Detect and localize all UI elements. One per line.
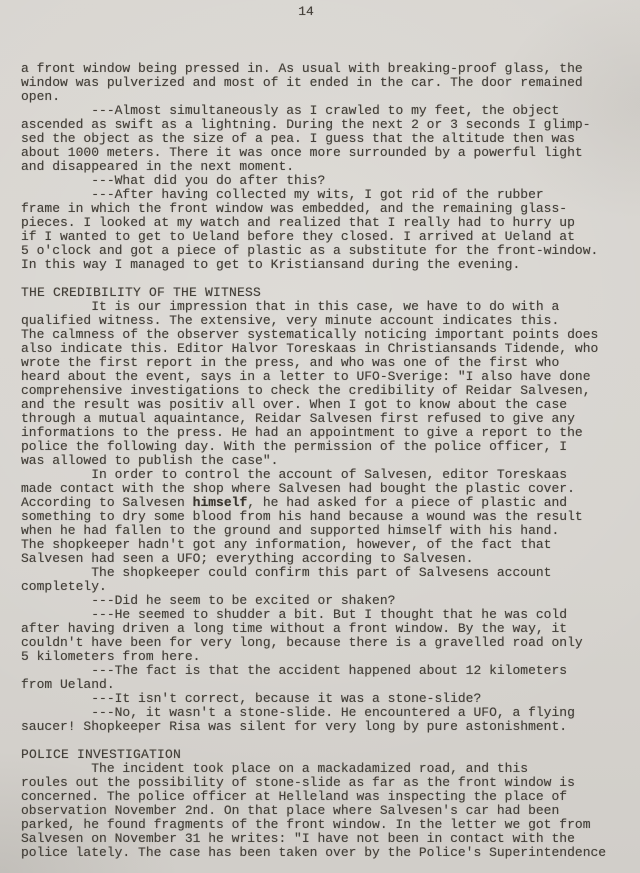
text-line: The shopkeeper could confirm this part o… xyxy=(21,566,633,580)
section-heading: POLICE INVESTIGATION xyxy=(21,748,633,762)
text-line: and the result was positiv all over. Whe… xyxy=(21,398,633,412)
text-line: ---No, it wasn't a stone-slide. He encou… xyxy=(21,706,633,720)
text-line: heard about the event, says in a letter … xyxy=(21,370,633,384)
text-line: It is our impression that in this case, … xyxy=(21,300,633,314)
text-line: pieces. I looked at my watch and realize… xyxy=(21,216,633,230)
text-line: wrote the first report in the press, and… xyxy=(21,356,633,370)
text-line: comprehensive investigations to check th… xyxy=(21,384,633,398)
text-line: sed the object as the size of a pea. I g… xyxy=(21,132,633,146)
text-line: completely. xyxy=(21,580,633,594)
text-line: ---Almost simultaneously as I crawled to… xyxy=(21,104,633,118)
text-line: ---It isn't correct, because it was a st… xyxy=(21,692,633,706)
text-line: and disappeared in the next moment. xyxy=(21,160,633,174)
text-line: was allowed to publish the case". xyxy=(21,454,633,468)
text-line: when he had fallen to the ground and sup… xyxy=(21,524,633,538)
text-line: 5 kilometers from here. xyxy=(21,650,633,664)
text-line: also indicate this. Editor Halvor Toresk… xyxy=(21,342,633,356)
text-line: couldn't have been for very long, becaus… xyxy=(21,636,633,650)
text-line: open. xyxy=(21,90,633,104)
text-line: Salvesen on November 31 he writes: "I ha… xyxy=(21,832,633,846)
text-line: 5 o'clock and got a piece of plastic as … xyxy=(21,244,633,258)
section-heading: THE CREDIBILITY OF THE WITNESS xyxy=(21,286,633,300)
text-line: The incident took place on a mackadamize… xyxy=(21,762,633,776)
text-line: According to Salvesen himself, he had as… xyxy=(21,496,633,510)
text-line: observation November 2nd. On that place … xyxy=(21,804,633,818)
text-line: The shopkeeper hadn't got any informatio… xyxy=(21,538,633,552)
text-line: concerned. The police officer at Hellela… xyxy=(21,790,633,804)
text-line: from Ueland. xyxy=(21,678,633,692)
text-line: if I wanted to get to Ueland before they… xyxy=(21,230,633,244)
text-line: ---What did you do after this? xyxy=(21,174,633,188)
text-line: ---After having collected my wits, I got… xyxy=(21,188,633,202)
text-line: ascended as swift as a lightning. During… xyxy=(21,118,633,132)
text-line: informations to the press. He had an app… xyxy=(21,426,633,440)
text-line: Salvesen had seen a UFO; everything acco… xyxy=(21,552,633,566)
text-line: police the following day. With the permi… xyxy=(21,440,633,454)
text-line: made contact with the shop where Salvese… xyxy=(21,482,633,496)
text-line: In this way I managed to get to Kristian… xyxy=(21,258,633,272)
text-line: police lately. The case has been taken o… xyxy=(21,846,633,860)
document-body: a front window being pressed in. As usua… xyxy=(21,62,633,860)
text-line: about 1000 meters. There it was once mor… xyxy=(21,146,633,160)
text-line: ---Did he seem to be excited or shaken? xyxy=(21,594,633,608)
text-line: ---The fact is that the accident happene… xyxy=(21,664,633,678)
text-line: saucer! Shopkeeper Risa was silent for v… xyxy=(21,720,633,734)
text-line xyxy=(21,734,633,748)
text-line: something to dry some blood from his han… xyxy=(21,510,633,524)
text-line: qualified witness. The extensive, very m… xyxy=(21,314,633,328)
document-page: 14 a front window being pressed in. As u… xyxy=(0,0,640,873)
text-line: a front window being pressed in. As usua… xyxy=(21,62,633,76)
text-line: roules out the possibility of stone-slid… xyxy=(21,776,633,790)
text-line: In order to control the account of Salve… xyxy=(21,468,633,482)
text-line: through a mutual aquaintance, Reidar Sal… xyxy=(21,412,633,426)
text-line: parked, he found fragments of the front … xyxy=(21,818,633,832)
text-line: window was pulverized and most of it end… xyxy=(21,76,633,90)
text-line: ---He seemed to shudder a bit. But I tho… xyxy=(21,608,633,622)
text-line: The calmness of the observer systematica… xyxy=(21,328,633,342)
text-line: after having driven a long time without … xyxy=(21,622,633,636)
text-line: frame in which the front window was embe… xyxy=(21,202,633,216)
text-line xyxy=(21,272,633,286)
page-number: 14 xyxy=(0,4,612,19)
